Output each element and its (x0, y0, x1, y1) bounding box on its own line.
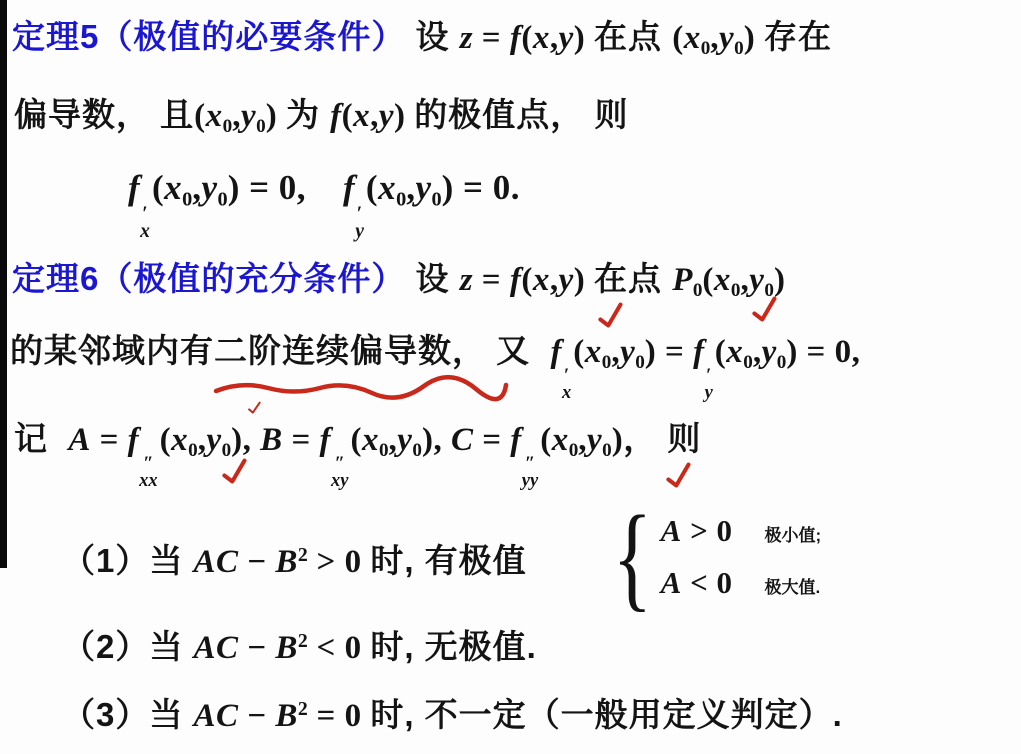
text-segment: ( (160, 422, 172, 458)
text-segment: 0 (223, 116, 233, 137)
text-segment: y (620, 334, 635, 370)
text-segment: , (710, 20, 719, 56)
text-segment: B (260, 422, 283, 458)
text-segment: ) (394, 98, 414, 134)
text-segment: 0 (602, 352, 612, 373)
text-segment: f (320, 422, 332, 458)
text-segment: 0 (764, 280, 774, 301)
text-segment: ) = (645, 334, 693, 370)
text-segment: P (672, 262, 693, 298)
condition-a-positive: A > 0 (661, 513, 733, 549)
text-segment: ( (152, 168, 164, 207)
text-segment: （1）当 (62, 542, 194, 579)
text-segment: f (510, 20, 522, 56)
text-segment: A (661, 565, 682, 600)
text-segment: ( (342, 98, 354, 134)
lecture-slide: 定理5（极值的必要条件） 设 z = f(x,y) 在点 (x0,y0) 存在 … (0, 0, 1021, 754)
text-segment: 0 (182, 188, 192, 210)
text-segment: A (661, 513, 682, 548)
theorem6-title-line: 定理6（极值的充分条件） 设 z = f(x,y) 在点 P0(x0,y0) (12, 258, 785, 303)
text-segment: 记 (14, 420, 68, 457)
text-segment: 0 (396, 188, 406, 210)
theorem5-title-line: 定理5（极值的必要条件） 设 z = f(x,y) 在点 (x0,y0) 存在 (12, 16, 832, 61)
text-segment: 0 (256, 116, 266, 137)
text-segment: , (550, 262, 559, 298)
text-segment: 0 (218, 188, 228, 210)
text-segment: ) = 0. (442, 168, 520, 207)
text-segment: ( (672, 20, 684, 56)
text-segment: y (559, 20, 574, 56)
text-segment: f (510, 262, 522, 298)
text-segment: y (202, 168, 218, 207)
theorem6-condition-line: 的某邻域内有二阶连续偏导数， 又 f′x(x0,y0) = f′y(x0,y0)… (10, 330, 860, 401)
text-segment: 在点 (594, 260, 672, 297)
text-segment: x (206, 98, 223, 134)
prime-subscript-stack: ′y (705, 364, 713, 401)
text-segment: 0 (693, 280, 703, 301)
red-checkmark-icon (596, 302, 625, 329)
text-segment: （3）当 (62, 696, 194, 733)
text-segment: ) (266, 98, 286, 134)
theorem5-formula-line: f′x(x0,y0) = 0, f′y(x0,y0) = 0. (128, 166, 520, 241)
text-segment: ( (366, 168, 378, 207)
text-segment: 0 (188, 440, 198, 461)
text-segment: − (239, 544, 276, 580)
text-segment: y (762, 334, 777, 370)
theorem5-body-line: 偏导数， 且(x0,y0) 为 f(x,y) 的极值点， 则 (14, 94, 628, 139)
text-segment: ) (574, 262, 594, 298)
text-segment: 时, 不一定（一般用定义判定）. (370, 696, 843, 733)
text-segment: 0 (569, 440, 579, 461)
text-segment: , (370, 98, 379, 134)
text-segment: = 0 (308, 698, 371, 734)
text-segment: 定理6（极值的充分条件） (12, 260, 405, 297)
text-segment: 时, 有极值 (370, 542, 526, 579)
case3-line: （3）当 AC − B2 = 0 时, 不一定（一般用定义判定）. (62, 694, 843, 737)
text-segment: ( (194, 98, 206, 134)
text-segment: （2）当 (62, 628, 194, 665)
text-segment: 0 (701, 38, 711, 59)
text-segment: C (451, 422, 474, 458)
text-segment: y (587, 422, 602, 458)
text-segment: x (533, 262, 550, 298)
text-segment: , (232, 98, 241, 134)
text-segment: 0 (432, 188, 442, 210)
text-segment: < 0 (308, 630, 371, 666)
text-segment: 在点 (594, 18, 672, 55)
text-segment: 0 (734, 38, 744, 59)
text-segment: f (693, 334, 705, 370)
text-segment: x (171, 422, 188, 458)
text-segment: x (726, 334, 743, 370)
text-segment: 时, 无极值. (370, 628, 537, 665)
text-segment: y (206, 422, 221, 458)
text-segment: > 0 (308, 544, 371, 580)
text-segment: 偏导数， 且 (14, 96, 194, 133)
text-segment: ( (540, 422, 552, 458)
text-segment: ) = 0, (228, 168, 343, 207)
text-segment: 0 (777, 352, 787, 373)
text-segment: 二阶连续偏导数 (214, 332, 452, 369)
maximum-label: 极大值. (765, 573, 821, 598)
brace-row-minimum: A > 0 极小值; (661, 513, 822, 549)
text-segment: f (128, 422, 140, 458)
red-checkmark-icon (248, 402, 262, 415)
text-segment: = (283, 422, 320, 458)
text-segment: ) (612, 422, 624, 458)
text-segment: < 0 (682, 565, 733, 600)
text-segment: > 0 (682, 513, 733, 548)
text-segment: 2 (298, 698, 308, 720)
text-segment: y (415, 168, 431, 207)
text-segment: 2 (298, 544, 308, 566)
text-segment: ( (702, 262, 714, 298)
text-segment: y (397, 422, 412, 458)
text-segment: A (68, 422, 91, 458)
text-segment: x (378, 168, 396, 207)
text-segment: ( (573, 334, 585, 370)
text-segment: f (551, 334, 563, 370)
text-segment: AC (194, 630, 239, 666)
text-segment: 设 (405, 260, 459, 297)
text-segment: ) (744, 20, 764, 56)
case2-line: （2）当 AC − B2 < 0 时, 无极值. (62, 626, 537, 669)
prime-subscript-stack: ″yy (522, 452, 538, 489)
text-segment: , (611, 334, 620, 370)
prime-subscript-stack: ′y (355, 202, 364, 241)
text-segment: y (749, 262, 764, 298)
text-segment: , (740, 262, 749, 298)
text-segment: ), (422, 422, 451, 458)
text-segment: = (473, 20, 510, 56)
text-segment: , (389, 422, 398, 458)
text-segment: = (473, 422, 510, 458)
left-edge-strip (0, 0, 7, 568)
text-segment: ( (521, 20, 533, 56)
text-segment: B (275, 698, 298, 734)
prime-subscript-stack: ′x (562, 364, 571, 401)
text-segment: 0 (743, 352, 753, 373)
text-segment: y (719, 20, 734, 56)
text-segment: x (362, 422, 379, 458)
brace-row-maximum: A < 0 极大值. (661, 565, 822, 601)
condition-a-negative: A < 0 (661, 565, 733, 601)
text-segment: x (552, 422, 569, 458)
text-segment: − (239, 630, 276, 666)
text-segment: f (510, 422, 522, 458)
text-segment: 0 (222, 440, 232, 461)
text-segment: , (550, 20, 559, 56)
text-segment: z (460, 262, 473, 298)
theorem6-notation-line: 记 A = f″xx(x0,y0), B = f″xy(x0,y0), C = … (14, 418, 701, 489)
text-segment: f (343, 168, 355, 207)
text-segment: 的极值点， 则 (414, 96, 628, 133)
text-segment: , (753, 334, 762, 370)
text-segment: z (460, 20, 473, 56)
text-segment: f (128, 168, 140, 207)
text-segment: 0 (602, 440, 612, 461)
text-segment: ) (574, 20, 594, 56)
text-segment: ， 又 (452, 332, 551, 369)
text-segment: , (192, 168, 201, 207)
text-segment: 2 (298, 630, 308, 652)
text-segment: B (275, 544, 298, 580)
text-segment: − (239, 698, 276, 734)
text-segment: ( (521, 262, 533, 298)
text-segment: B (275, 630, 298, 666)
text-segment: x (533, 20, 550, 56)
case1-line: （1）当 AC − B2 > 0 时, 有极值 (62, 540, 527, 583)
text-segment: ) = 0, (786, 334, 860, 370)
text-segment: 0 (379, 440, 389, 461)
text-segment: y (241, 98, 256, 134)
text-segment: x (714, 262, 731, 298)
text-segment: y (559, 262, 574, 298)
prime-subscript-stack: ′x (140, 202, 150, 241)
text-segment: AC (194, 698, 239, 734)
case1-brace-block: { A > 0 极小值; A < 0 极大值. (604, 498, 821, 616)
text-segment: 存在 (764, 18, 832, 55)
text-segment: 的某邻域内有 (10, 332, 214, 369)
text-segment: y (379, 98, 394, 134)
text-segment: , (578, 422, 587, 458)
left-brace-glyph: { (612, 498, 652, 616)
prime-subscript-stack: ″xy (331, 452, 348, 489)
text-segment: ( (350, 422, 362, 458)
prime-subscript-stack: ″xx (139, 452, 157, 489)
text-segment: ), (231, 422, 260, 458)
text-segment: ) (774, 262, 786, 298)
text-segment: x (585, 334, 602, 370)
text-segment: 设 (405, 18, 459, 55)
text-segment: ， 则 (623, 420, 701, 457)
text-segment: 0 (635, 352, 645, 373)
text-segment: = (473, 262, 510, 298)
text-segment: x (684, 20, 701, 56)
text-segment: AC (194, 544, 239, 580)
text-segment: 0 (412, 440, 422, 461)
text-segment: ( (715, 334, 727, 370)
text-segment: x (164, 168, 182, 207)
text-segment: = (91, 422, 128, 458)
text-segment: f (330, 98, 342, 134)
text-segment: 为 (286, 96, 330, 133)
text-segment: x (353, 98, 370, 134)
minimum-label: 极小值; (765, 521, 822, 546)
text-segment: 定理5（极值的必要条件） (12, 18, 405, 55)
brace-rows: A > 0 极小值; A < 0 极大值. (661, 513, 822, 601)
